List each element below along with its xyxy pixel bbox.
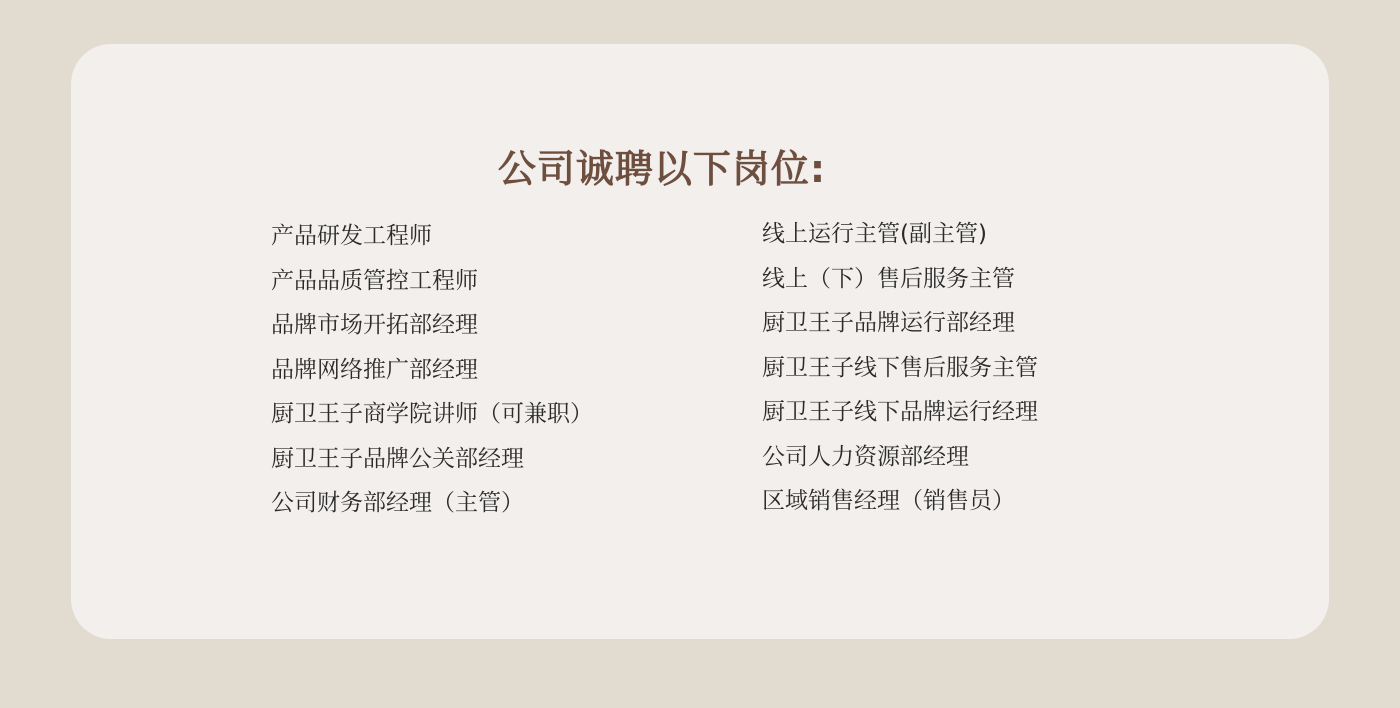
recruitment-card xyxy=(71,44,1329,639)
position-item: 线上运行主管(副主管) xyxy=(762,212,1038,257)
positions-list-left: 产品研发工程师 产品品质管控工程师 品牌市场开拓部经理 品牌网络推广部经理 厨卫… xyxy=(271,214,593,526)
position-item: 厨卫王子线下售后服务主管 xyxy=(762,346,1038,391)
position-item: 线上（下）售后服务主管 xyxy=(762,257,1038,302)
position-item: 公司人力资源部经理 xyxy=(762,435,1038,480)
position-item: 公司财务部经理（主管） xyxy=(271,481,593,526)
position-item: 产品研发工程师 xyxy=(271,214,593,259)
position-item: 产品品质管控工程师 xyxy=(271,259,593,304)
position-item: 厨卫王子线下品牌运行经理 xyxy=(762,390,1038,435)
position-item: 厨卫王子品牌公关部经理 xyxy=(271,437,593,482)
position-item: 厨卫王子品牌运行部经理 xyxy=(762,301,1038,346)
position-item: 厨卫王子商学院讲师（可兼职） xyxy=(271,392,593,437)
position-item: 区域销售经理（销售员） xyxy=(762,479,1038,524)
position-item: 品牌市场开拓部经理 xyxy=(271,303,593,348)
positions-list-right: 线上运行主管(副主管) 线上（下）售后服务主管 厨卫王子品牌运行部经理 厨卫王子… xyxy=(762,212,1038,524)
page-title: 公司诚聘以下岗位: xyxy=(0,144,1324,194)
position-item: 品牌网络推广部经理 xyxy=(271,348,593,393)
